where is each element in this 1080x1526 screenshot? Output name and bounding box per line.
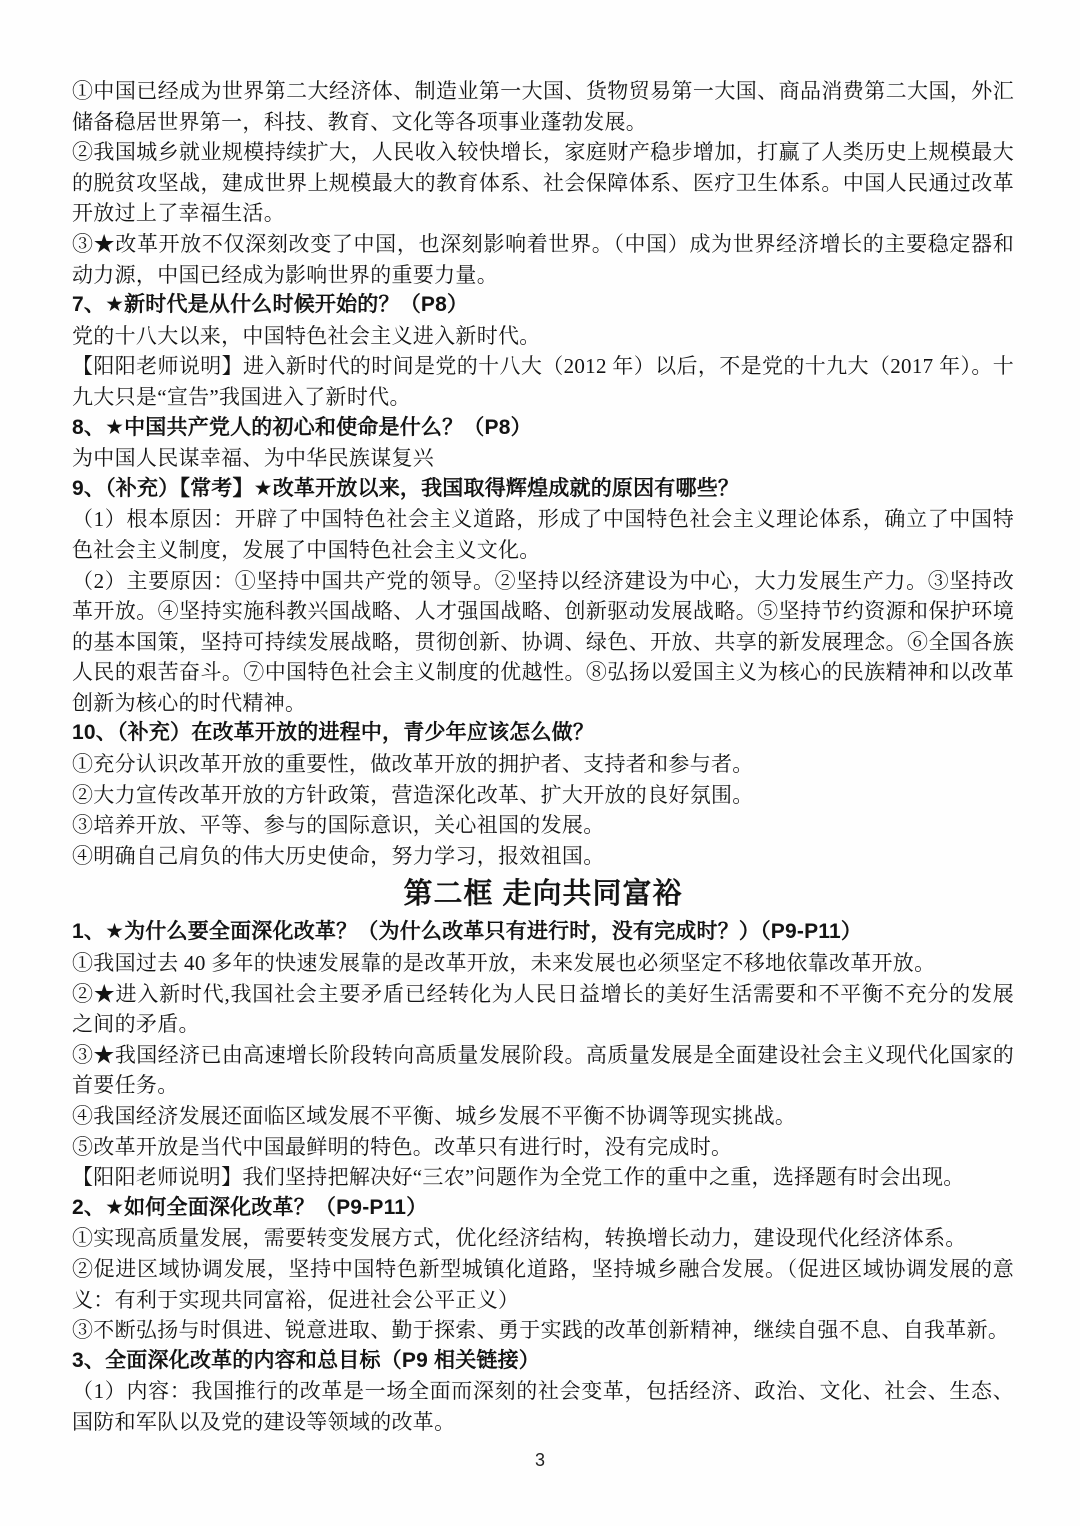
paragraph: ①实现高质量发展，需要转变发展方式，优化经济结构，转换增长动力，建设现代化经济体…: [72, 1223, 1014, 1254]
section-title: 第二框 走向共同富裕: [72, 871, 1014, 917]
paragraph: 【阳阳老师说明】我们坚持把解决好“三农”问题作为全党工作的重中之重，选择题有时会…: [72, 1162, 1014, 1193]
paragraph: ②大力宣传改革开放的方针政策，营造深化改革、扩大开放的良好氛围。: [72, 780, 1014, 811]
paragraph: ①充分认识改革开放的重要性，做改革开放的拥护者、支持者和参与者。: [72, 749, 1014, 780]
paragraph: ③培养开放、平等、参与的国际意识，关心祖国的发展。: [72, 810, 1014, 841]
paragraph: ①我国过去 40 多年的快速发展靠的是改革开放，未来发展也必须坚定不移地依靠改革…: [72, 948, 1014, 979]
paragraph: 【阳阳老师说明】进入新时代的时间是党的十八大（2012 年）以后，不是党的十九大…: [72, 351, 1014, 412]
paragraph: 为中国人民谋幸福、为中华民族谋复兴: [72, 443, 1014, 474]
document-page: ①中国已经成为世界第二大经济体、制造业第一大国、货物贸易第一大国、商品消费第二大…: [0, 0, 1080, 1526]
paragraph: ③★改革开放不仅深刻改变了中国，也深刻影响着世界。（中国）成为世界经济增长的主要…: [72, 229, 1014, 290]
paragraph: ②促进区域协调发展，坚持中国特色新型城镇化道路，坚持城乡融合发展。（促进区域协调…: [72, 1254, 1014, 1315]
page-number: 3: [0, 1450, 1080, 1471]
paragraph: ⑤改革开放是当代中国最鲜明的特色。改革只有进行时，没有完成时。: [72, 1132, 1014, 1163]
question-heading: 8、★中国共产党人的初心和使命是什么？（P8）: [72, 413, 1014, 444]
question-heading: 3、全面深化改革的内容和总目标（P9 相关链接）: [72, 1346, 1014, 1377]
paragraph: ④明确自己肩负的伟大历史使命，努力学习，报效祖国。: [72, 841, 1014, 872]
paragraph: ②★进入新时代,我国社会主要矛盾已经转化为人民日益增长的美好生活需要和不平衡不充…: [72, 979, 1014, 1040]
question-heading: 1、★为什么要全面深化改革？（为什么改革只有进行时，没有完成时？）（P9-P11…: [72, 917, 1014, 948]
paragraph: ③★我国经济已由高速增长阶段转向高质量发展阶段。高质量发展是全面建设社会主义现代…: [72, 1040, 1014, 1101]
paragraph: ②我国城乡就业规模持续扩大，人民收入较快增长，家庭财产稳步增加，打赢了人类历史上…: [72, 137, 1014, 229]
question-heading: 10、（补充）在改革开放的进程中，青少年应该怎么做？: [72, 718, 1014, 749]
document-content: ①中国已经成为世界第二大经济体、制造业第一大国、货物贸易第一大国、商品消费第二大…: [72, 76, 1014, 1438]
paragraph: 党的十八大以来，中国特色社会主义进入新时代。: [72, 321, 1014, 352]
paragraph: （1）根本原因：开辟了中国特色社会主义道路，形成了中国特色社会主义理论体系，确立…: [72, 504, 1014, 565]
paragraph: （1）内容：我国推行的改革是一场全面而深刻的社会变革，包括经济、政治、文化、社会…: [72, 1376, 1014, 1437]
question-heading: 2、★如何全面深化改革？（P9-P11）: [72, 1193, 1014, 1224]
paragraph: ③不断弘扬与时俱进、锐意进取、勤于探索、勇于实践的改革创新精神，继续自强不息、自…: [72, 1315, 1014, 1346]
paragraph: ④我国经济发展还面临区域发展不平衡、城乡发展不平衡不协调等现实挑战。: [72, 1101, 1014, 1132]
paragraph: （2）主要原因：①坚持中国共产党的领导。②坚持以经济建设为中心，大力发展生产力。…: [72, 566, 1014, 719]
question-heading: 9、（补充）【常考】★改革开放以来，我国取得辉煌成就的原因有哪些？: [72, 474, 1014, 505]
paragraph: ①中国已经成为世界第二大经济体、制造业第一大国、货物贸易第一大国、商品消费第二大…: [72, 76, 1014, 137]
question-heading: 7、★新时代是从什么时候开始的？（P8）: [72, 290, 1014, 321]
